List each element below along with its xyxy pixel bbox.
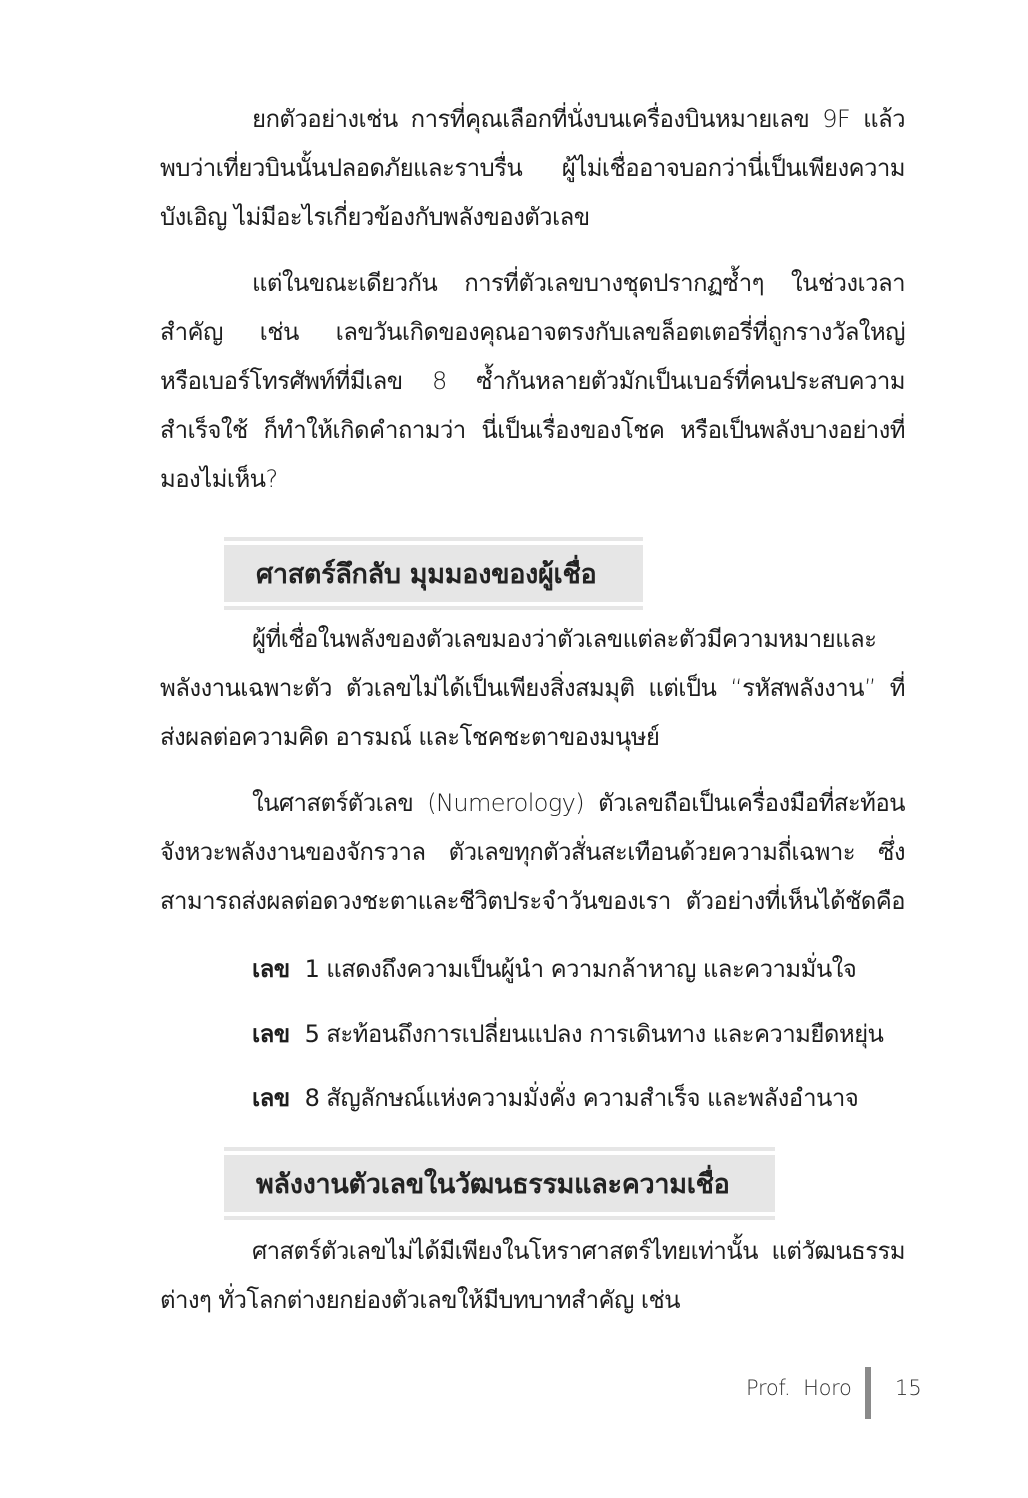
heading-top-rule [224,537,643,541]
book-page: ยกตัวอย่างเช่น การที่คุณเลือกที่นั่งบนเค… [0,0,1028,1498]
paragraph-line: ผู้ที่เชื่อในพลังของตัวเลขมองว่าตัวเลขแต… [252,624,905,654]
list-item-label: เลข [252,1020,290,1048]
list-item-label: เลข [252,1084,290,1112]
list-item-number: 8 [305,1084,320,1112]
footer-divider-bar [865,1367,871,1419]
list-item: เลข 1 แสดงถึงความเป็นผู้นำ ความกล้าหาญ แ… [252,954,856,984]
paragraph-line: พลังงานเฉพาะตัว ตัวเลขไม่ได้เป็นเพียงสิ่… [160,673,905,703]
paragraph-line: ส่งผลต่อความคิด อารมณ์ และโชคชะตาของมนุษ… [160,722,905,752]
heading-top-rule [224,1147,775,1151]
paragraph-line: มองไม่เห็น? [160,464,905,494]
list-item-label: เลข [252,955,290,983]
footer-author: Prof. Horo [746,1376,852,1400]
paragraph-line: จังหวะพลังงานของจักรวาล ตัวเลขทุกตัวสั่น… [160,837,905,867]
section-heading-1: ศาสตร์ลึกลับ มุมมองของผู้เชื่อ [224,537,643,610]
list-item-number: 1 [305,955,320,983]
paragraph-line: หรือเบอร์โทรศัพท์ที่มีเลข 8 ซ้ำกันหลายตั… [160,366,905,396]
page-number: 15 [895,1376,922,1400]
paragraph-line: บังเอิญ ไม่มีอะไรเกี่ยวข้องกับพลังของตัว… [160,202,905,232]
heading-title: พลังงานตัวเลขในวัฒนธรรมและความเชื่อ [224,1155,775,1212]
heading-bottom-rule [224,606,643,610]
paragraph-line: ต่างๆ ทั่วโลกต่างยกย่องตัวเลขให้มีบทบาทส… [160,1285,905,1315]
list-item-text: แสดงถึงความเป็นผู้นำ ความกล้าหาญ และความ… [326,955,856,983]
paragraph-line: สามารถส่งผลต่อดวงชะตาและชีวิตประจำวันของ… [160,886,905,916]
paragraph-line: สำคัญ เช่น เลขวันเกิดของคุณอาจตรงกับเลขล… [160,317,905,347]
paragraph-line: ยกตัวอย่างเช่น การที่คุณเลือกที่นั่งบนเค… [252,104,905,134]
paragraph-line: ในศาสตร์ตัวเลข (Numerology) ตัวเลขถือเป็… [252,788,905,818]
list-item-text: สัญลักษณ์แห่งความมั่งคั่ง ความสำเร็จ และ… [326,1084,858,1112]
list-item: เลข 8 สัญลักษณ์แห่งความมั่งคั่ง ความสำเร… [252,1083,858,1113]
list-item: เลข 5 สะท้อนถึงการเปลี่ยนแปลง การเดินทาง… [252,1019,883,1049]
heading-title: ศาสตร์ลึกลับ มุมมองของผู้เชื่อ [224,545,643,602]
paragraph-line: พบว่าเที่ยวบินนั้นปลอดภัยและราบรื่น ผู้ไ… [160,153,905,183]
heading-bottom-rule [224,1216,775,1220]
list-item-text: สะท้อนถึงการเปลี่ยนแปลง การเดินทาง และคว… [326,1020,883,1048]
paragraph-line: แต่ในขณะเดียวกัน การที่ตัวเลขบางชุดปรากฏ… [252,268,905,298]
section-heading-2: พลังงานตัวเลขในวัฒนธรรมและความเชื่อ [224,1147,775,1220]
list-item-number: 5 [305,1020,320,1048]
paragraph-line: สำเร็จใช้ ก็ทำให้เกิดคำถามว่า นี่เป็นเรื… [160,415,905,445]
paragraph-line: ศาสตร์ตัวเลขไม่ได้มีเพียงในโหราศาสตร์ไทย… [252,1236,905,1266]
